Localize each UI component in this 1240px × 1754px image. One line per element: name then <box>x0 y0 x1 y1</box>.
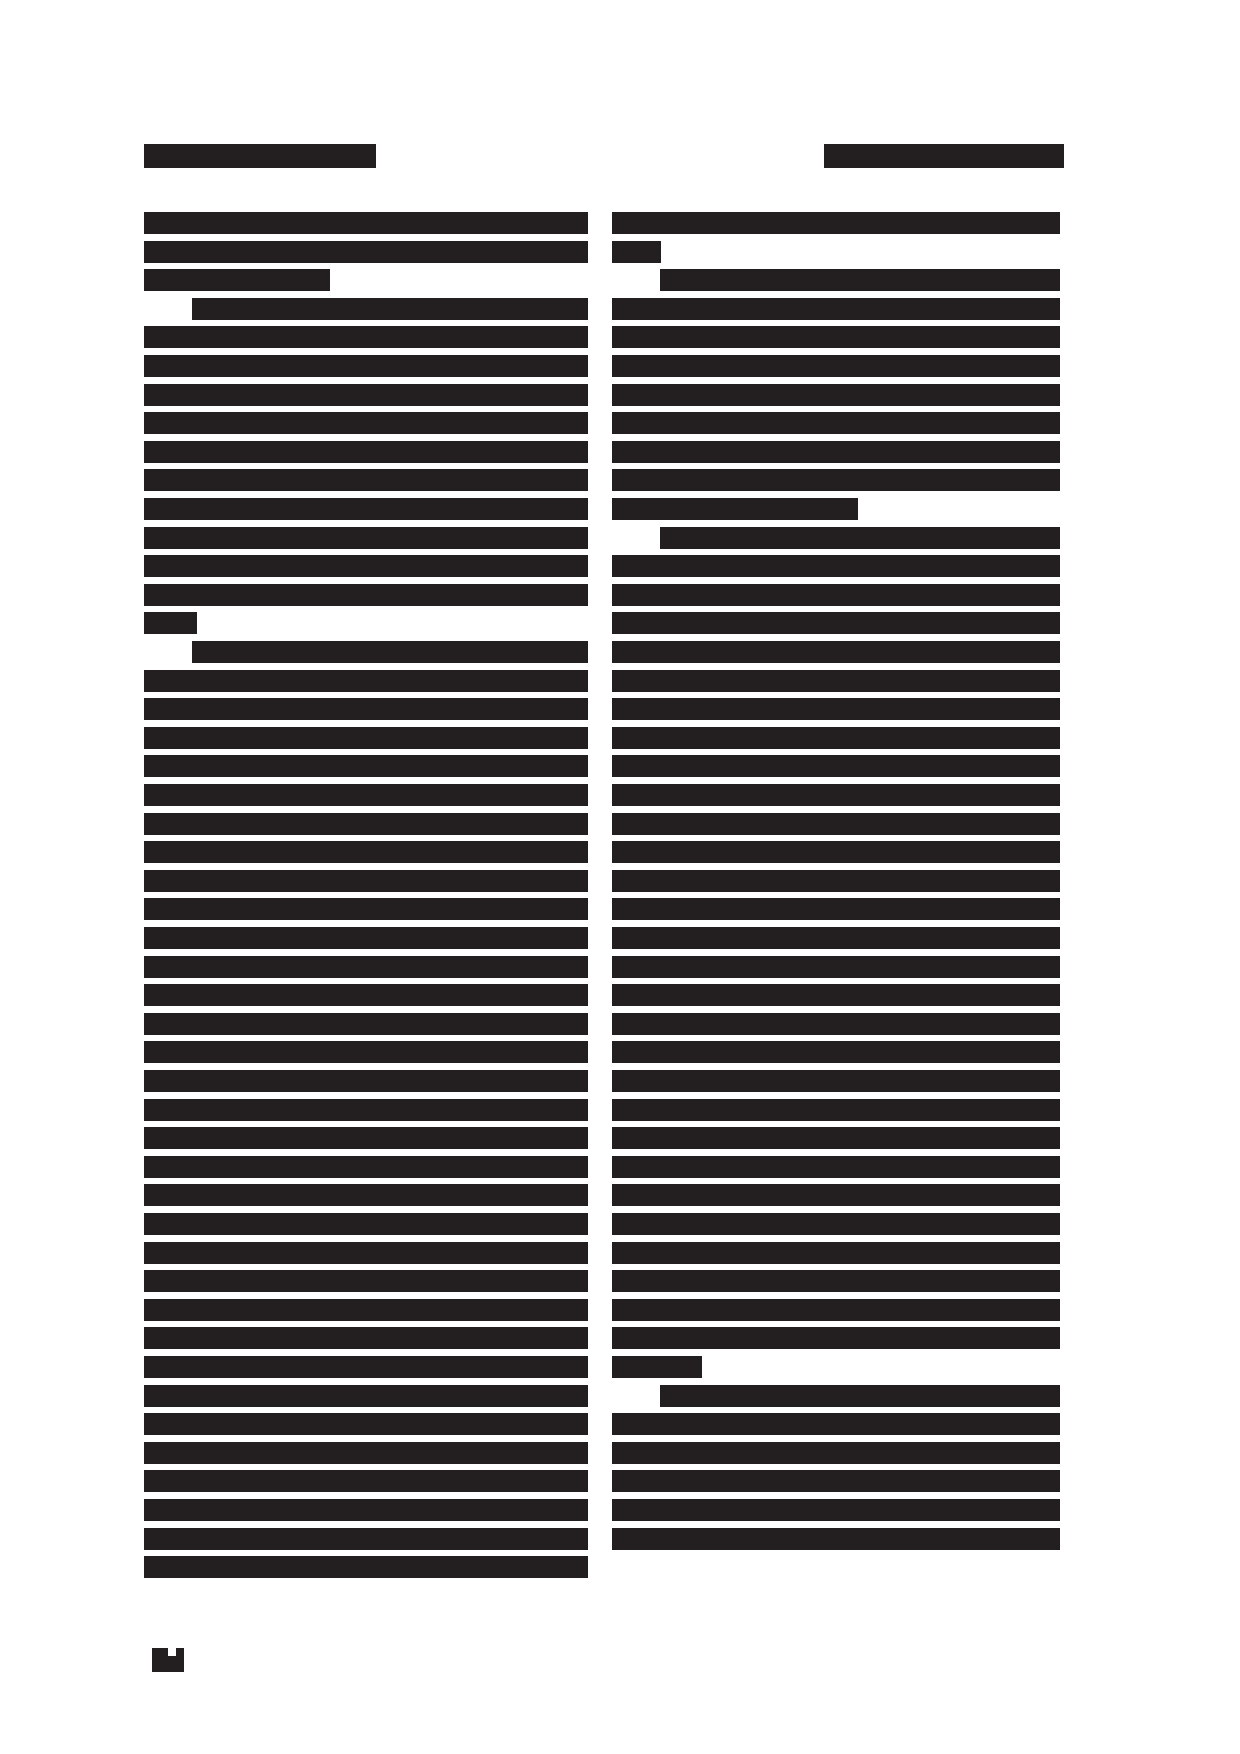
text-line <box>144 269 330 291</box>
redacted-text-bar <box>144 212 588 234</box>
redacted-text-bar <box>612 355 1060 377</box>
redacted-text-bar <box>192 641 588 663</box>
redacted-text-bar <box>612 1442 1060 1464</box>
redacted-text-bar <box>144 841 588 863</box>
redacted-text-bar <box>612 326 1060 348</box>
redacted-text-bar <box>612 1099 1060 1121</box>
text-line <box>660 527 1060 549</box>
redacted-text-bar <box>612 498 858 520</box>
redacted-text-bar <box>144 755 588 777</box>
redacted-text-bar <box>612 1184 1060 1206</box>
redacted-text-bar <box>612 927 1060 949</box>
text-line <box>612 1499 1060 1521</box>
text-line <box>144 698 588 720</box>
text-line <box>144 841 588 863</box>
text-line <box>612 1270 1060 1292</box>
redacted-text-bar <box>144 1442 588 1464</box>
page-number <box>152 1648 184 1672</box>
text-line <box>612 698 1060 720</box>
redacted-text-bar <box>144 1127 588 1149</box>
text-line <box>612 727 1060 749</box>
text-line <box>144 212 588 234</box>
redacted-text-bar <box>612 727 1060 749</box>
redacted-text-bar <box>612 1013 1060 1035</box>
text-line <box>144 469 588 491</box>
redacted-text-bar <box>612 1156 1060 1178</box>
text-line <box>144 1356 588 1378</box>
text-line <box>144 1242 588 1264</box>
text-line <box>144 1327 588 1349</box>
text-line <box>144 927 588 949</box>
redacted-text-bar <box>612 612 1060 634</box>
redacted-text-bar <box>144 984 588 1006</box>
redacted-text-bar <box>612 1299 1060 1321</box>
text-line <box>192 641 588 663</box>
redacted-text-bar <box>144 1013 588 1035</box>
text-line <box>144 527 588 549</box>
redacted-text-bar <box>144 813 588 835</box>
redacted-text-bar <box>612 898 1060 920</box>
text-line <box>612 1099 1060 1121</box>
redacted-text-bar <box>144 1356 588 1378</box>
text-line <box>144 1299 588 1321</box>
text-line <box>612 870 1060 892</box>
text-line <box>612 241 661 263</box>
text-line <box>612 584 1060 606</box>
text-line <box>612 1156 1060 1178</box>
text-line <box>144 1013 588 1035</box>
redacted-text-bar <box>612 1070 1060 1092</box>
text-line <box>612 641 1060 663</box>
text-line <box>144 1127 588 1149</box>
redacted-text-bar <box>144 1499 588 1521</box>
redacted-text-bar <box>144 1413 588 1435</box>
text-line <box>612 1327 1060 1349</box>
text-line <box>612 298 1060 320</box>
redacted-text-bar <box>144 1270 588 1292</box>
text-line <box>144 670 588 692</box>
redacted-text-bar <box>144 1041 588 1063</box>
redacted-text-bar <box>612 384 1060 406</box>
redacted-text-bar <box>144 1184 588 1206</box>
redacted-text-bar <box>144 956 588 978</box>
text-line <box>144 1213 588 1235</box>
redacted-text-bar <box>660 269 1060 291</box>
text-line <box>612 1299 1060 1321</box>
text-line <box>144 1556 588 1578</box>
redacted-text-bar <box>612 1041 1060 1063</box>
redacted-text-bar <box>612 441 1060 463</box>
text-line <box>612 412 1060 434</box>
redacted-text-bar <box>612 670 1060 692</box>
text-line <box>612 612 1060 634</box>
redacted-text-bar <box>144 412 588 434</box>
text-line <box>612 1413 1060 1435</box>
redacted-text-bar <box>612 1470 1060 1492</box>
text-line <box>612 469 1060 491</box>
text-line <box>144 612 197 634</box>
redacted-text-bar <box>612 1213 1060 1235</box>
text-line <box>612 1528 1060 1550</box>
text-line <box>144 870 588 892</box>
redacted-text-bar <box>144 670 588 692</box>
redacted-text-bar <box>144 355 588 377</box>
text-line <box>612 841 1060 863</box>
redacted-text-bar <box>612 298 1060 320</box>
text-line <box>612 441 1060 463</box>
redacted-text-bar <box>144 144 376 168</box>
text-line <box>144 1442 588 1464</box>
redacted-text-bar <box>612 212 1060 234</box>
document-page <box>0 0 1240 1754</box>
text-line <box>612 212 1060 234</box>
redacted-text-bar <box>612 784 1060 806</box>
text-line <box>612 813 1060 835</box>
redacted-text-bar <box>144 870 588 892</box>
text-line <box>612 984 1060 1006</box>
text-line <box>612 1070 1060 1092</box>
redacted-text-bar <box>612 1528 1060 1550</box>
text-line <box>144 241 588 263</box>
redacted-text-bar <box>612 1127 1060 1149</box>
redacted-text-bar <box>144 898 588 920</box>
redacted-text-bar <box>612 641 1060 663</box>
redacted-text-bar <box>192 298 588 320</box>
redacted-text-bar <box>144 1385 588 1407</box>
redacted-text-bar <box>612 1327 1060 1349</box>
text-line <box>612 956 1060 978</box>
redacted-text-bar <box>144 1213 588 1235</box>
text-line <box>144 1156 588 1178</box>
text-line <box>660 1385 1060 1407</box>
text-line <box>144 584 588 606</box>
redacted-text-bar <box>144 1099 588 1121</box>
text-line <box>144 1070 588 1092</box>
redacted-text-bar <box>612 1356 702 1378</box>
text-line <box>612 1213 1060 1235</box>
text-line <box>144 727 588 749</box>
text-line <box>612 1356 702 1378</box>
redacted-text-bar <box>144 1070 588 1092</box>
redacted-text-bar <box>144 469 588 491</box>
redacted-text-bar <box>144 1327 588 1349</box>
redacted-text-bar <box>144 584 588 606</box>
redacted-text-bar <box>144 527 588 549</box>
text-line <box>144 755 588 777</box>
text-line <box>144 498 588 520</box>
text-line <box>612 355 1060 377</box>
text-line <box>144 784 588 806</box>
text-line <box>660 269 1060 291</box>
text-line <box>612 670 1060 692</box>
text-line <box>144 956 588 978</box>
redacted-text-bar <box>144 1528 588 1550</box>
redacted-text-bar <box>612 469 1060 491</box>
text-line <box>144 1099 588 1121</box>
text-line <box>612 1242 1060 1264</box>
text-line <box>612 1184 1060 1206</box>
redacted-text-bar <box>144 612 197 634</box>
text-line <box>192 298 588 320</box>
redacted-text-bar <box>612 841 1060 863</box>
redacted-text-bar <box>660 1385 1060 1407</box>
text-line <box>144 1499 588 1521</box>
text-line <box>144 898 588 920</box>
text-line <box>612 755 1060 777</box>
text-line <box>144 1385 588 1407</box>
text-line <box>144 1528 588 1550</box>
redacted-text-bar <box>612 698 1060 720</box>
text-line <box>612 1127 1060 1149</box>
redacted-text-bar <box>612 1242 1060 1264</box>
text-line <box>144 326 588 348</box>
redacted-text-bar <box>144 555 588 577</box>
redacted-text-bar <box>144 1470 588 1492</box>
text-line <box>144 1270 588 1292</box>
redacted-text-bar <box>660 527 1060 549</box>
redacted-text-bar <box>612 1413 1060 1435</box>
redacted-text-bar <box>144 698 588 720</box>
redacted-text-bar <box>612 584 1060 606</box>
redacted-text-bar <box>144 441 588 463</box>
redacted-text-bar <box>612 870 1060 892</box>
text-line <box>612 498 858 520</box>
text-line <box>144 555 588 577</box>
text-line <box>144 984 588 1006</box>
text-line <box>144 355 588 377</box>
text-line <box>144 1041 588 1063</box>
redacted-text-bar <box>612 412 1060 434</box>
redacted-text-bar <box>612 241 661 263</box>
right-running-head <box>824 144 1064 168</box>
text-line <box>612 784 1060 806</box>
redacted-text-bar <box>612 956 1060 978</box>
redacted-text-bar <box>144 927 588 949</box>
redacted-text-bar <box>144 727 588 749</box>
text-line <box>144 1470 588 1492</box>
redacted-text-bar <box>144 269 330 291</box>
text-line <box>612 1041 1060 1063</box>
text-line <box>144 813 588 835</box>
redacted-text-bar <box>144 1556 588 1578</box>
text-line <box>612 927 1060 949</box>
redacted-text-bar <box>612 1499 1060 1521</box>
text-line <box>144 1413 588 1435</box>
redacted-text-bar <box>144 1299 588 1321</box>
text-line <box>144 1184 588 1206</box>
redacted-text-bar <box>612 1270 1060 1292</box>
text-line <box>144 441 588 463</box>
redacted-text-bar <box>144 326 588 348</box>
redacted-text-bar <box>144 1242 588 1264</box>
text-line <box>612 326 1060 348</box>
redacted-text-bar <box>824 144 1064 168</box>
text-line <box>612 1013 1060 1035</box>
text-line <box>612 1470 1060 1492</box>
redacted-text-bar <box>144 241 588 263</box>
text-line <box>144 384 588 406</box>
text-line <box>612 555 1060 577</box>
redacted-text-bar <box>612 555 1060 577</box>
redacted-text-bar <box>612 813 1060 835</box>
text-line <box>612 1442 1060 1464</box>
text-line <box>612 384 1060 406</box>
redacted-text-bar <box>144 784 588 806</box>
text-line <box>612 898 1060 920</box>
redacted-text-bar <box>612 755 1060 777</box>
left-running-head <box>144 144 376 168</box>
redacted-text-bar <box>144 1156 588 1178</box>
redacted-text-bar <box>144 384 588 406</box>
redacted-text-bar <box>612 984 1060 1006</box>
redacted-text-bar <box>144 498 588 520</box>
text-line <box>144 412 588 434</box>
